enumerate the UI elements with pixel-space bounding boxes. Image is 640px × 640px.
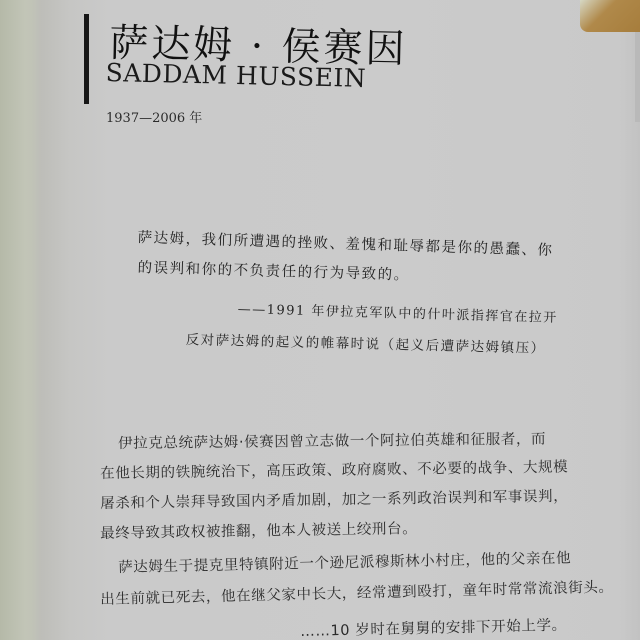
title-accent-bar <box>84 14 89 104</box>
book-page-photo: 萨达姆 · 侯赛因 SADDAM HUSSEIN 1937—2006 年 萨达姆… <box>0 0 640 640</box>
epigraph-attribution: ——1991 年伊拉克军队中的什叶派指挥官在拉开 <box>237 298 558 326</box>
body-line: 出生前就已死去，他在继父家中长大，经常遭到殴打，童年时常常流浪街头。 <box>100 575 614 609</box>
chapter-title-english: SADDAM HUSSEIN <box>105 58 366 93</box>
book-spine-shadow <box>0 0 42 640</box>
body-line: 最终导致其政权被推翻，他本人被送上绞刑台。 <box>100 517 417 543</box>
page-edge <box>635 32 640 122</box>
epigraph-line: 的误判和你的不负责任的行为导致的。 <box>137 256 409 285</box>
epigraph-line: 萨达姆，我们所遭遇的挫败、羞愧和耻辱都是你的愚蠢、你 <box>137 226 553 260</box>
life-years: 1937—2006 年 <box>106 107 202 126</box>
background-object-corner <box>580 0 640 32</box>
body-line: 萨达姆生于提克里特镇附近一个逊尼派穆斯林小村庄，他的父亲在他 <box>118 547 571 577</box>
body-line: 伊拉克总统萨达姆·侯赛因曾立志做一个阿拉伯英雄和征服者，而 <box>118 428 546 453</box>
body-line: ……10 岁时在舅舅的安排下开始上学。 <box>300 613 567 640</box>
epigraph-attribution: 反对萨达姆的起义的帷幕时说（起义后遭萨达姆镇压） <box>186 328 546 357</box>
body-line: 在他长期的铁腕统治下，高压政策、政府腐败、不必要的战争、大规模 <box>100 455 568 483</box>
body-line: 屠杀和个人崇拜导致国内矛盾加剧，加之一系列政治误判和军事误判， <box>100 485 568 513</box>
